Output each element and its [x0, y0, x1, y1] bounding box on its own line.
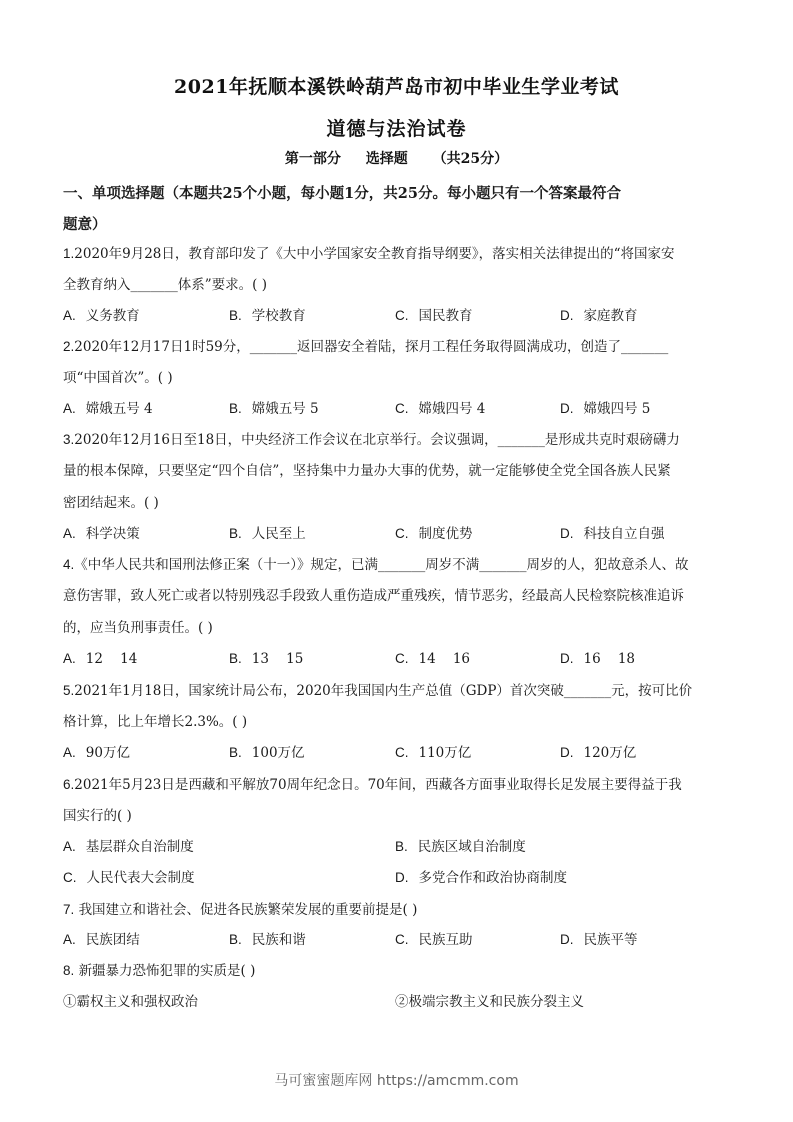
- option-text: 120万亿: [584, 745, 637, 761]
- question-line: 6.2021年5月23日是西藏和平解放70周年纪念日。70年间，西藏各方面事业取…: [63, 775, 743, 795]
- option-text: 民族互助: [419, 932, 473, 948]
- question-text: 2020年12月16日至18日，中央经济工作会议在北京举行。会议强调，_____…: [74, 432, 680, 448]
- option-text: 14 16: [419, 651, 471, 667]
- option-label: C.: [395, 745, 409, 760]
- option-a: A.民族团结: [63, 930, 140, 950]
- part-score: （共25分）: [433, 151, 508, 167]
- question-text: 2020年12月17日1时59分，_______返回器安全着陆，探月工程任务取得…: [74, 339, 668, 355]
- section-heading-line: 一、单项选择题（本题共25个小题，每小题1分，共25分。每小题只有一个答案最符合: [63, 178, 733, 209]
- options-row: A.90万亿 B.100万亿 C.110万亿 D.120万亿: [63, 743, 743, 763]
- question-line: 2.2020年12月17日1时59分，_______返回器安全着陆，探月工程任务…: [63, 337, 743, 357]
- question-number: 6.: [63, 777, 74, 792]
- question-line: 1.2020年9月28日，教育部印发了《大中小学国家安全教育指导纲要》，落实相关…: [63, 244, 743, 264]
- question-line: 4.《中华人民共和国刑法修正案（十一）》规定，已满_______周岁不满____…: [63, 555, 743, 575]
- question-line: 8. 新疆暴力恐怖犯罪的实质是( ): [63, 961, 743, 981]
- option-text: 学校教育: [252, 308, 306, 324]
- question-text: 2021年1月18日，国家统计局公布，2020年我国国内生产总值（GDP）首次突…: [74, 683, 692, 699]
- question-line: 国实行的( ): [63, 806, 743, 826]
- option-label: D.: [560, 308, 574, 323]
- question-text: 2020年9月28日，教育部印发了《大中小学国家安全教育指导纲要》，落实相关法律…: [74, 246, 674, 262]
- option-d: D.民族平等: [560, 930, 638, 950]
- option-b: B.民族和谐: [229, 930, 306, 950]
- option-label: A.: [63, 932, 76, 947]
- option-text: 民族区域自治制度: [418, 839, 526, 855]
- option-d: D.多党合作和政治协商制度: [395, 868, 567, 888]
- option-label: A.: [63, 526, 76, 541]
- option-label: B.: [229, 651, 242, 666]
- question-line: 格计算，比上年增长2.3%。( ): [63, 712, 743, 732]
- question-number: 2.: [63, 339, 74, 354]
- option-label: C.: [395, 651, 409, 666]
- option-d: D.家庭教育: [560, 306, 638, 326]
- option-label: B.: [395, 839, 408, 854]
- question-line: 的，应当负刑事责任。( ): [63, 618, 743, 638]
- option-c: C.制度优势: [395, 524, 473, 544]
- option-d: D.120万亿: [560, 743, 636, 763]
- option-b: B.人民至上: [229, 524, 306, 544]
- option-b: B.13 15: [229, 649, 303, 669]
- option-text: 科技自立自强: [584, 526, 665, 542]
- option-a: A.90万亿: [63, 743, 130, 763]
- option-text: 民族团结: [86, 932, 140, 948]
- option-c: C.14 16: [395, 649, 470, 669]
- option-label: B.: [229, 526, 242, 541]
- options-row: A.嫦娥五号 4 B.嫦娥五号 5 C.嫦娥四号 4 D.嫦娥四号 5: [63, 399, 743, 419]
- question-line: 意伤害罪，致人死亡或者以特别残忍手段致人重伤造成严重残疾，情节恶劣，经最高人民检…: [63, 586, 743, 606]
- option-label: D.: [560, 651, 574, 666]
- option-label: A.: [63, 308, 76, 323]
- option-text: 家庭教育: [584, 308, 638, 324]
- question-number: 8.: [63, 963, 74, 978]
- option-label: B.: [229, 932, 242, 947]
- option-a: A.基层群众自治制度: [63, 837, 194, 857]
- question-number: 3.: [63, 432, 74, 447]
- option-label: B.: [229, 745, 242, 760]
- question-number: 4.: [63, 557, 74, 572]
- option-label: C.: [395, 401, 409, 416]
- question-text: 我国建立和谐社会、促进各民族繁荣发展的重要前提是( ): [79, 902, 418, 918]
- option-label: C.: [395, 526, 409, 541]
- option-text: 12 14: [86, 651, 138, 667]
- option-label: D.: [560, 932, 574, 947]
- option-text: 义务教育: [86, 308, 140, 324]
- option-text: 民族和谐: [252, 932, 306, 948]
- options-row: A.科学决策 B.人民至上 C.制度优势 D.科技自立自强: [63, 524, 743, 544]
- option-c: C.110万亿: [395, 743, 471, 763]
- option-text: 多党合作和政治协商制度: [419, 870, 568, 886]
- option-a: A.义务教育: [63, 306, 140, 326]
- statement-1: ①霸权主义和强权政治: [63, 992, 198, 1012]
- question-text: 《中华人民共和国刑法修正案（十一）》规定，已满_______周岁不满______…: [74, 557, 688, 573]
- option-text: 基层群众自治制度: [86, 839, 194, 855]
- exam-subject: 道德与法治试卷: [0, 114, 793, 141]
- option-a: A.科学决策: [63, 524, 140, 544]
- option-label: C.: [395, 308, 409, 323]
- options-row: A.基层群众自治制度 B.民族区域自治制度: [63, 837, 743, 857]
- options-row: A.12 14 B.13 15 C.14 16 D.16 18: [63, 649, 743, 669]
- option-label: C.: [63, 870, 77, 885]
- option-text: 90万亿: [86, 745, 130, 761]
- option-c: C.人民代表大会制度: [63, 868, 195, 888]
- option-a: A.12 14: [63, 649, 137, 669]
- statements-row: ①霸权主义和强权政治 ②极端宗教主义和民族分裂主义: [63, 992, 743, 1012]
- option-d: D.16 18: [560, 649, 635, 669]
- option-label: A.: [63, 401, 76, 416]
- part-heading: 第一部分 选择题 （共25分）: [0, 148, 793, 168]
- watermark-footer: 马可蜜蜜题库网 https://amcmm.com: [0, 1070, 793, 1090]
- option-label: A.: [63, 651, 76, 666]
- option-label: A.: [63, 839, 76, 854]
- option-text: 人民代表大会制度: [87, 870, 195, 886]
- option-c: C.国民教育: [395, 306, 473, 326]
- question-text: 新疆暴力恐怖犯罪的实质是( ): [79, 963, 256, 979]
- option-c: C.民族互助: [395, 930, 473, 950]
- option-text: 嫦娥五号 4: [86, 401, 153, 417]
- option-d: D.科技自立自强: [560, 524, 665, 544]
- section-heading-line: 题意）: [63, 209, 733, 240]
- option-label: D.: [395, 870, 409, 885]
- option-text: 嫦娥四号 4: [419, 401, 486, 417]
- option-text: 国民教育: [419, 308, 473, 324]
- option-b: B.100万亿: [229, 743, 305, 763]
- option-text: 制度优势: [419, 526, 473, 542]
- option-text: 110万亿: [419, 745, 472, 761]
- option-a: A.嫦娥五号 4: [63, 399, 153, 419]
- option-text: 科学决策: [86, 526, 140, 542]
- option-label: D.: [560, 401, 574, 416]
- question-number: 1.: [63, 246, 74, 261]
- question-line: 3.2020年12月16日至18日，中央经济工作会议在北京举行。会议强调，___…: [63, 430, 743, 450]
- option-label: D.: [560, 745, 574, 760]
- part-name: 第一部分: [285, 151, 341, 167]
- option-b: B.学校教育: [229, 306, 306, 326]
- option-text: 人民至上: [252, 526, 306, 542]
- options-row: A.民族团结 B.民族和谐 C.民族互助 D.民族平等: [63, 930, 743, 950]
- question-line: 项“中国首次”。( ): [63, 368, 743, 388]
- option-text: 嫦娥五号 5: [252, 401, 319, 417]
- option-label: A.: [63, 745, 76, 760]
- option-label: D.: [560, 526, 574, 541]
- option-label: B.: [229, 308, 242, 323]
- question-number: 5.: [63, 683, 74, 698]
- option-label: C.: [395, 932, 409, 947]
- option-text: 13 15: [252, 651, 304, 667]
- statement-2: ②极端宗教主义和民族分裂主义: [395, 992, 584, 1012]
- option-d: D.嫦娥四号 5: [560, 399, 650, 419]
- option-c: C.嫦娥四号 4: [395, 399, 485, 419]
- options-row: C.人民代表大会制度 D.多党合作和政治协商制度: [63, 868, 743, 888]
- option-label: B.: [229, 401, 242, 416]
- option-b: B.民族区域自治制度: [395, 837, 526, 857]
- section-heading: 一、单项选择题（本题共25个小题，每小题1分，共25分。每小题只有一个答案最符合…: [63, 178, 733, 240]
- exam-page: 2021年抚顺本溪铁岭葫芦岛市初中毕业生学业考试 道德与法治试卷 第一部分 选择…: [0, 0, 793, 1122]
- option-text: 100万亿: [252, 745, 305, 761]
- question-number: 7.: [63, 902, 74, 917]
- question-line: 5.2021年1月18日，国家统计局公布，2020年我国国内生产总值（GDP）首…: [63, 681, 743, 701]
- exam-title: 2021年抚顺本溪铁岭葫芦岛市初中毕业生学业考试: [0, 72, 793, 99]
- question-line: 密团结起来。( ): [63, 493, 743, 513]
- part-type: 选择题: [366, 151, 408, 167]
- option-text: 嫦娥四号 5: [584, 401, 651, 417]
- question-line: 全教育纳入_______体系”要求。( ): [63, 275, 743, 295]
- option-b: B.嫦娥五号 5: [229, 399, 319, 419]
- question-text: 2021年5月23日是西藏和平解放70周年纪念日。70年间，西藏各方面事业取得长…: [74, 777, 681, 793]
- question-line: 量的根本保障，只要坚定“四个自信”，坚持集中力量办大事的优势，就一定能够使全党全…: [63, 461, 743, 481]
- question-line: 7. 我国建立和谐社会、促进各民族繁荣发展的重要前提是( ): [63, 900, 743, 920]
- option-text: 民族平等: [584, 932, 638, 948]
- options-row: A.义务教育 B.学校教育 C.国民教育 D.家庭教育: [63, 306, 743, 326]
- option-text: 16 18: [584, 651, 636, 667]
